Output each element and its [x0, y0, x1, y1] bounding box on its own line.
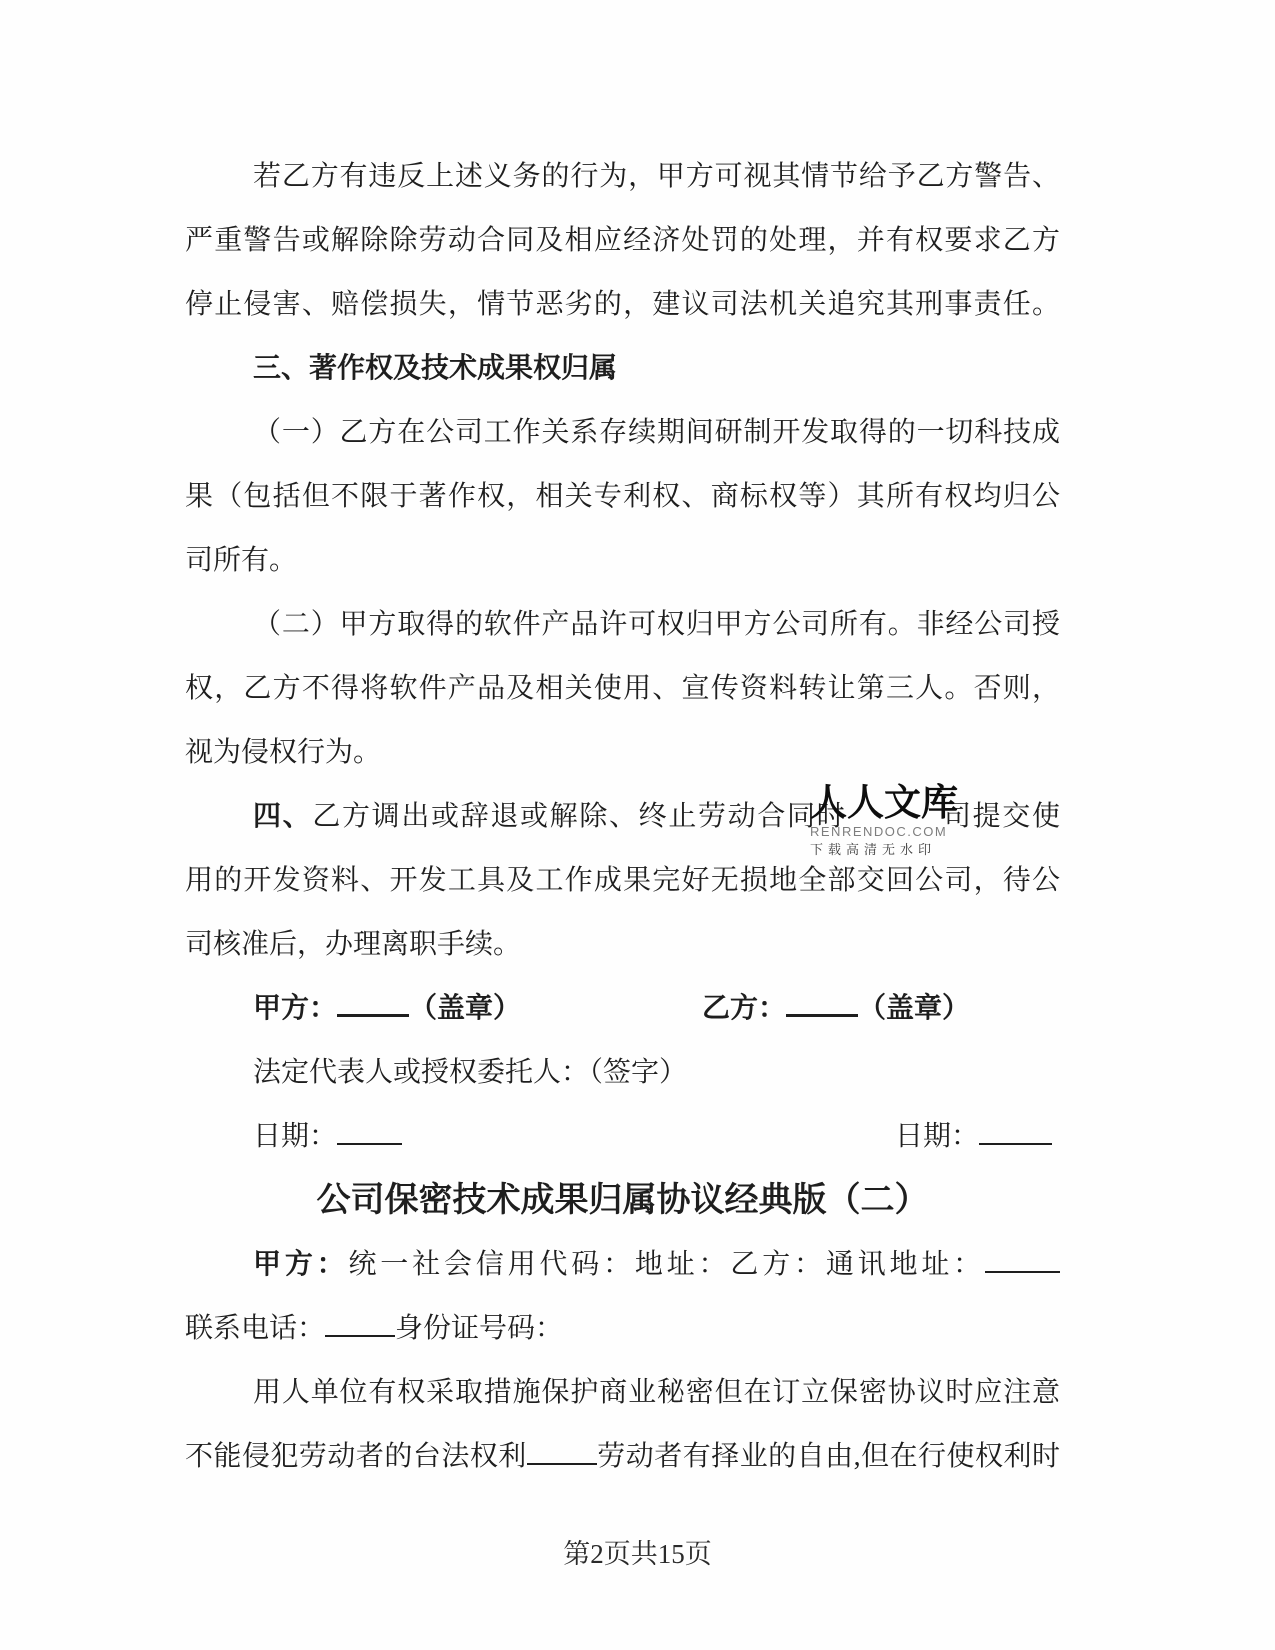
emphasis-text: 四、	[253, 801, 312, 832]
watermark: 人人文库 RENRENDOC.COM 下载高清无水印	[810, 783, 958, 859]
form-right: 乙方：（盖章）	[702, 977, 970, 1041]
text-line: 法定代表人或授权委托人：（签字）	[185, 1041, 1060, 1105]
emphasis-text: （盖章）	[409, 993, 521, 1024]
text-line: 司核准后，办理离职手续。	[185, 913, 1060, 977]
watermark-logo-text: 人人文库	[810, 783, 958, 825]
text-segment: 司所有。	[185, 545, 297, 576]
text-segment: 果（包括但不限于著作权，相关专利权、商标权等）其所有权均归公	[185, 481, 1060, 512]
emphasis-text: 乙方：	[702, 993, 786, 1024]
text-line: 联系电话：身份证号码：	[185, 1297, 1060, 1361]
text-segment: 劳动者有择业的自由,但在行使权利时	[597, 1441, 1060, 1472]
blank-underline	[979, 1123, 1052, 1145]
page-number: 第2页共15页	[0, 1522, 1275, 1586]
text-line: （二）甲方取得的软件产品许可权归甲方公司所有。非经公司授	[185, 593, 1060, 657]
text-segment: 视为侵权行为。	[185, 737, 381, 768]
text-segment: 不能侵犯劳动者的台法权利	[185, 1441, 527, 1472]
text-line: 不能侵犯劳动者的台法权利劳动者有择业的自由,但在行使权利时	[185, 1425, 1060, 1489]
emphasis-text: （盖章）	[858, 993, 970, 1024]
form-line: 甲方：（盖章）乙方：（盖章）	[185, 977, 1060, 1041]
watermark-domain: RENRENDOC.COM	[810, 825, 958, 839]
text-line: 果（包括但不限于著作权，相关专利权、商标权等）其所有权均归公	[185, 465, 1060, 529]
text-segment: 权，乙方不得将软件产品及相关使用、宣传资料转让第三人。否则，	[185, 673, 1060, 704]
text-segment: 用人单位有权采取措施保护商业秘密但在订立保密协议时应注意	[253, 1377, 1060, 1408]
text-line: （一）乙方在公司工作关系存续期间研制开发取得的一切科技成	[185, 401, 1060, 465]
text-line: 司所有。	[185, 529, 1060, 593]
form-line: 日期：日期：	[185, 1105, 1060, 1169]
emphasis-text: 甲方：	[253, 993, 337, 1024]
form-left: 日期：	[253, 1105, 402, 1169]
text-segment: 身份证号码：	[395, 1313, 563, 1344]
emphasis-text: 甲方：	[253, 1249, 348, 1280]
text-segment: （二）甲方取得的软件产品许可权归甲方公司所有。非经公司授	[253, 609, 1060, 640]
form-left: 甲方：（盖章）	[253, 977, 521, 1041]
blank-underline	[786, 994, 858, 1017]
blank-underline	[527, 1443, 597, 1465]
text-segment: 乙方调出或辞退或解除、终止劳动合同时	[312, 801, 846, 832]
text-segment: 若乙方有违反上述义务的行为，甲方可视其情节给予乙方警告、	[253, 161, 1060, 192]
text-segment: 日期：	[253, 1121, 337, 1152]
text-segment: 严重警告或解除除劳动合同及相应经济处罚的处理，并有权要求乙方	[185, 225, 1060, 256]
blank-underline	[337, 1123, 402, 1145]
blank-underline	[985, 1251, 1060, 1273]
text-segment: 统一社会信用代码：地址：乙方：通讯地址：	[348, 1249, 985, 1280]
text-segment: 日期：	[895, 1121, 979, 1152]
text-segment: 司提交使	[941, 801, 1060, 832]
text-line: 甲方：统一社会信用代码：地址：乙方：通讯地址：	[185, 1233, 1060, 1297]
blank-underline	[337, 994, 409, 1017]
text-line: 停止侵害、赔偿损失，情节恶劣的，建议司法机关追究其刑事责任。	[185, 273, 1060, 337]
text-line: 视为侵权行为。	[185, 721, 1060, 785]
document-page: 若乙方有违反上述义务的行为，甲方可视其情节给予乙方警告、严重警告或解除除劳动合同…	[0, 0, 1275, 1650]
emphasis-text: 公司保密技术成果归属协议经典版（二）	[317, 1182, 929, 1219]
text-segment: 用的开发资料、开发工具及工作成果完好无损地全部交回公司，待公	[185, 865, 1060, 896]
blank-underline	[325, 1315, 395, 1337]
text-segment: 停止侵害、赔偿损失，情节恶劣的，建议司法机关追究其刑事责任。	[185, 289, 1060, 320]
text-line: 若乙方有违反上述义务的行为，甲方可视其情节给予乙方警告、	[185, 145, 1060, 209]
text-segment: 法定代表人或授权委托人：（签字）	[253, 1057, 687, 1088]
text-line: 三、著作权及技术成果权归属	[185, 337, 1060, 401]
watermark-tagline: 下载高清无水印	[810, 841, 958, 859]
section-title: 公司保密技术成果归属协议经典版（二）	[185, 1169, 1060, 1233]
text-line: 用人单位有权采取措施保护商业秘密但在订立保密协议时应注意	[185, 1361, 1060, 1425]
form-right: 日期：	[895, 1105, 1052, 1169]
text-line: 权，乙方不得将软件产品及相关使用、宣传资料转让第三人。否则，	[185, 657, 1060, 721]
text-segment: （一）乙方在公司工作关系存续期间研制开发取得的一切科技成	[253, 417, 1060, 448]
text-segment: 司核准后，办理离职手续。	[185, 929, 521, 960]
emphasis-text: 三、著作权及技术成果权归属	[253, 353, 617, 384]
text-line: 严重警告或解除除劳动合同及相应经济处罚的处理，并有权要求乙方	[185, 209, 1060, 273]
text-segment: 联系电话：	[185, 1313, 325, 1344]
